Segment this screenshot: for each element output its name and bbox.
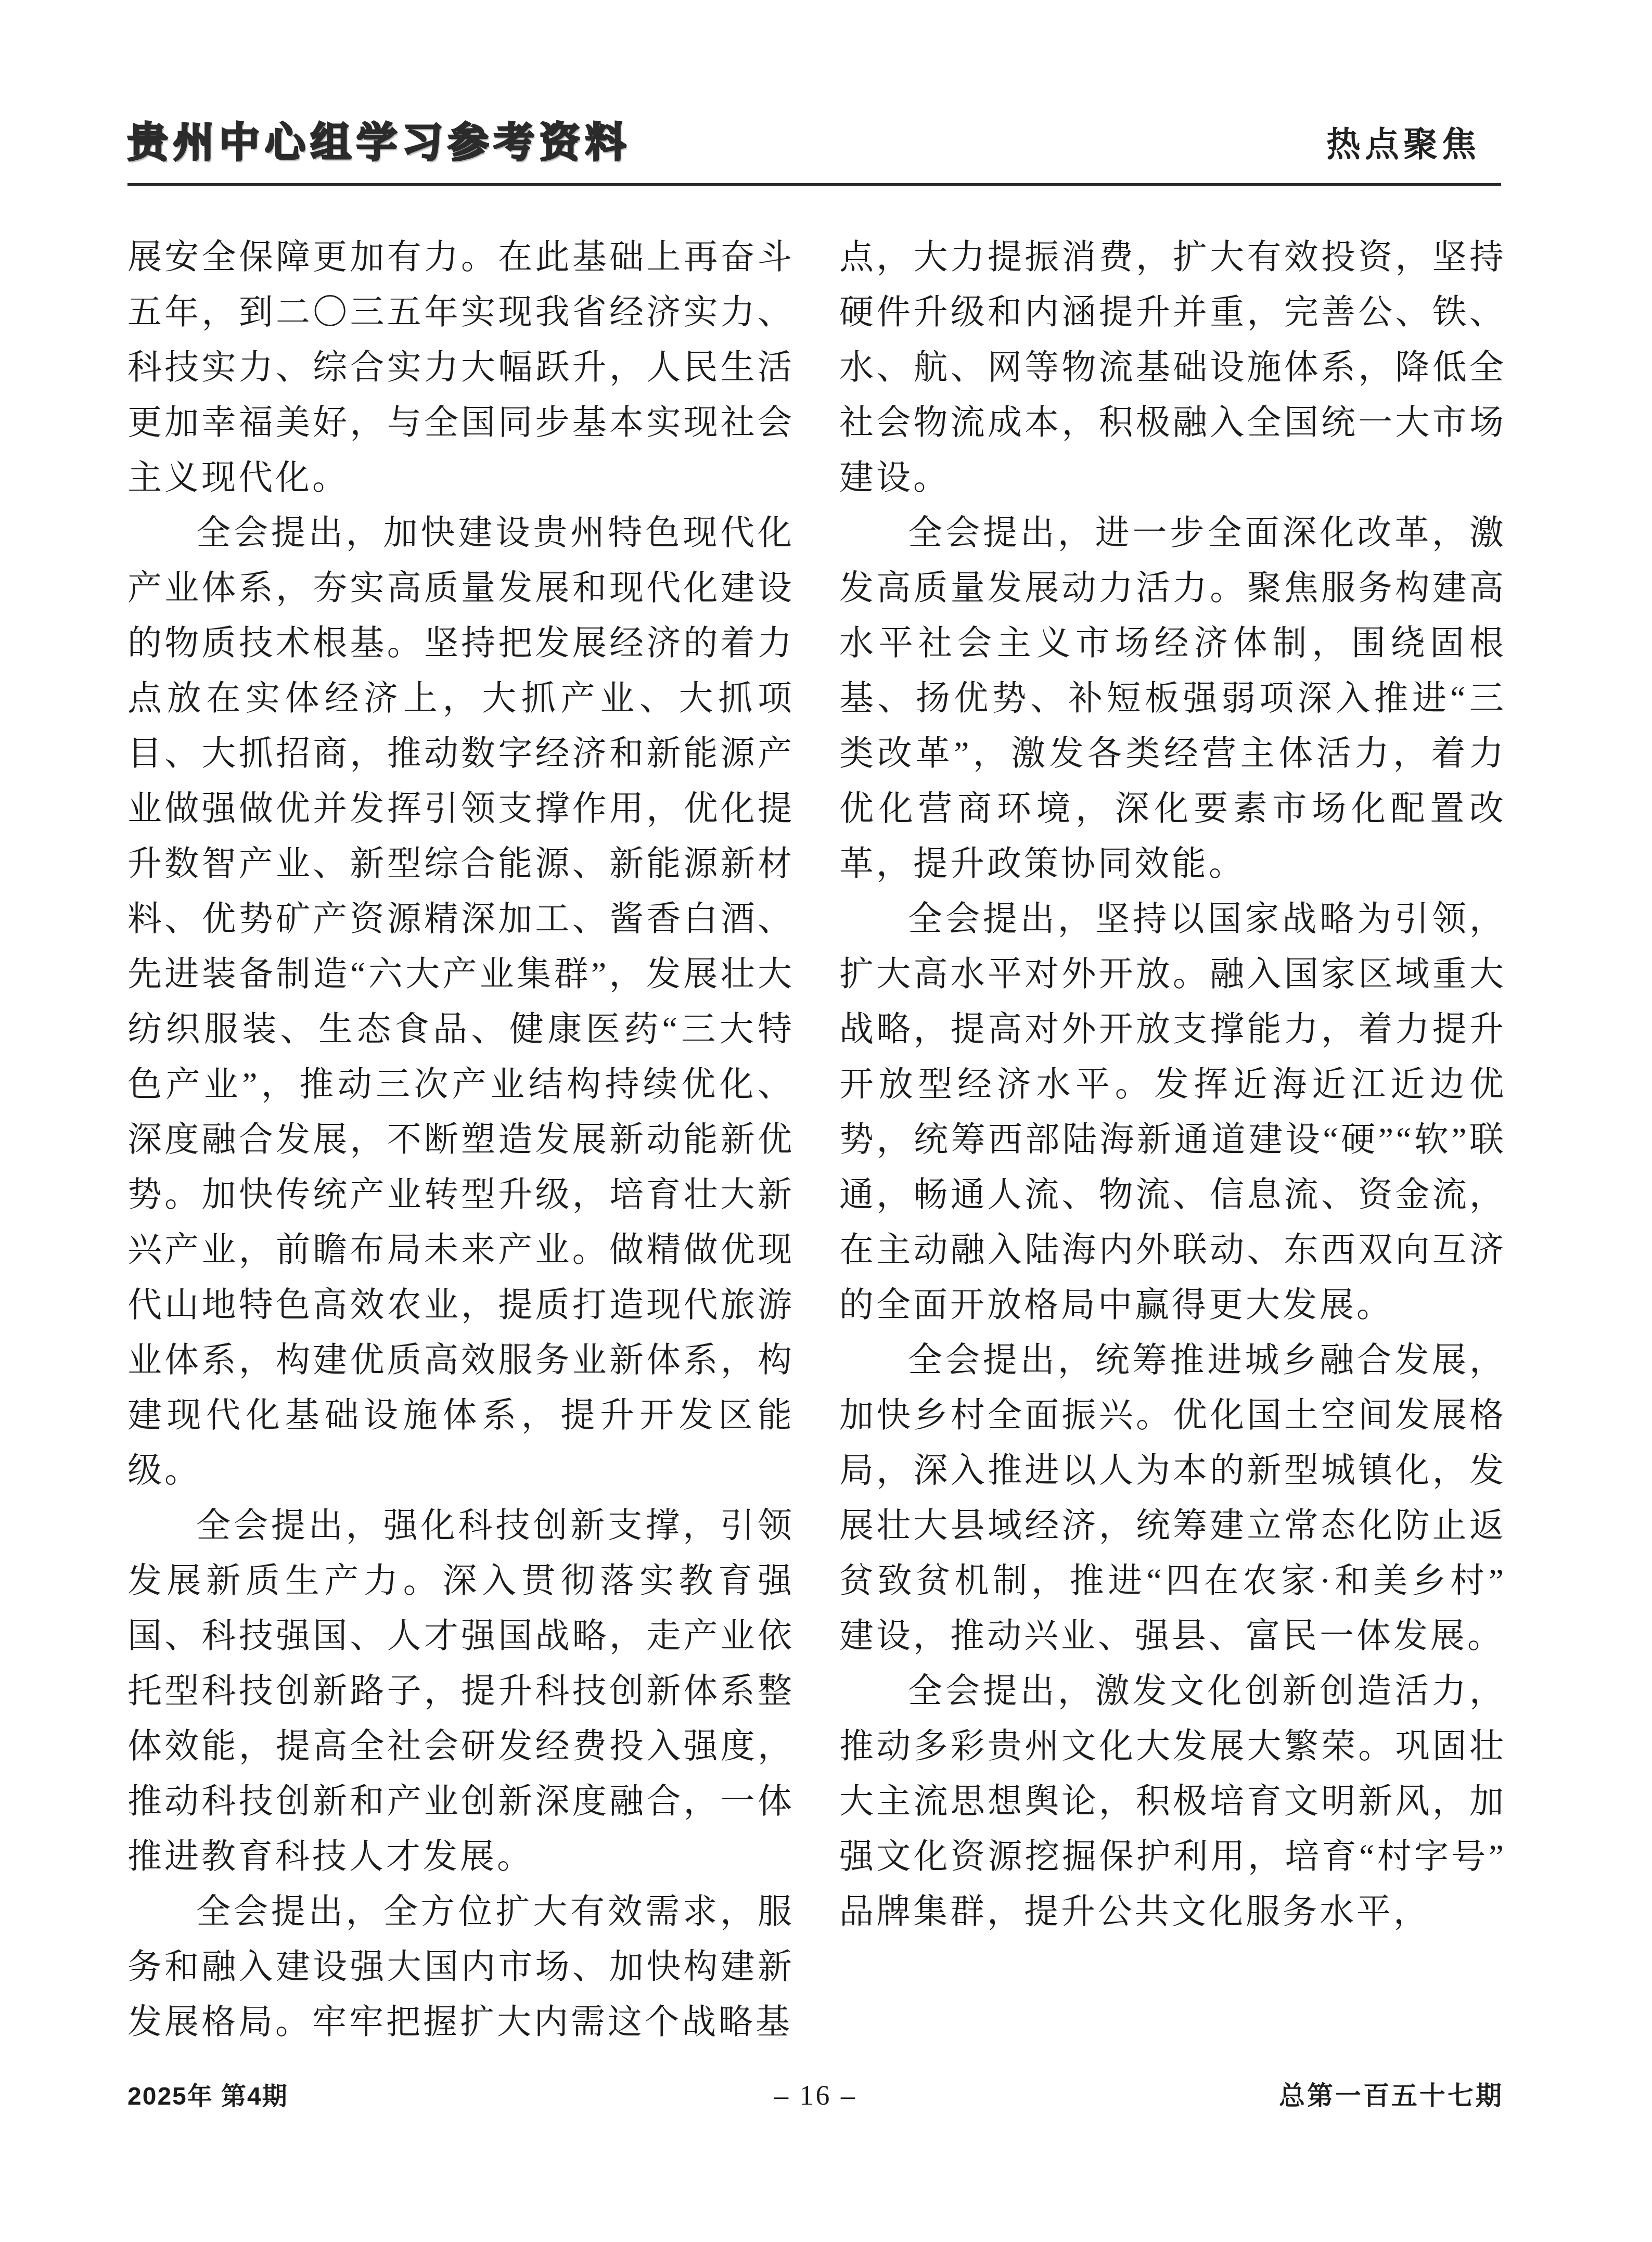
footer-issue: 2025年 第4期 [127, 2076, 774, 2112]
paragraph: 全会提出，加快建设贵州特色现代化产业体系，夯实高质量发展和现代化建设的物质技术根… [127, 506, 795, 1498]
paragraph: 全会提出，全方位扩大有效需求，服务和融入建设强大国内市场、加快构建新发展格局。牢… [127, 1885, 795, 2050]
publication-masthead: 贵州中心组学习参考资料 [127, 123, 631, 163]
page-number: – 16 – [774, 2079, 857, 2111]
left-column: 展安全保障更加有力。在此基础上再奋斗五年，到二〇三五年实现我省经济实力、科技实力… [127, 230, 795, 2067]
right-column: 点，大力提振消费，扩大有效投资，坚持硬件升级和内涵提升并重，完善公、铁、水、航、… [839, 230, 1506, 2067]
paragraph: 全会提出，统筹推进城乡融合发展，加快乡村全面振兴。优化国土空间发展格局，深入推进… [839, 1333, 1506, 1664]
header-rule [127, 183, 1501, 186]
document-page: 贵州中心组学习参考资料 热点聚焦 展安全保障更加有力。在此基础上再奋斗五年，到二… [0, 0, 1652, 2242]
page-footer: 2025年 第4期 – 16 – 总第一百五十七期 [127, 2075, 1504, 2112]
paragraph-continuation: 点，大力提振消费，扩大有效投资，坚持硬件升级和内涵提升并重，完善公、铁、水、航、… [839, 230, 1506, 506]
paragraph-continuation: 展安全保障更加有力。在此基础上再奋斗五年，到二〇三五年实现我省经济实力、科技实力… [127, 230, 795, 506]
paragraph: 全会提出，进一步全面深化改革，激发高质量发展动力活力。聚焦服务构建高水平社会主义… [839, 506, 1506, 892]
paragraph: 全会提出，激发文化创新创造活力，推动多彩贵州文化大发展大繁荣。巩固壮大主流思想舆… [839, 1664, 1506, 1940]
body-columns: 展安全保障更加有力。在此基础上再奋斗五年，到二〇三五年实现我省经济实力、科技实力… [127, 230, 1506, 2067]
section-label: 热点聚焦 [1326, 128, 1480, 162]
footer-cumulative-issue: 总第一百五十七期 [857, 2075, 1504, 2112]
paragraph: 全会提出，坚持以国家战略为引领，扩大高水平对外开放。融入国家区域重大战略，提高对… [839, 892, 1506, 1333]
paragraph: 全会提出，强化科技创新支撑，引领发展新质生产力。深入贯彻落实教育强国、科技强国、… [127, 1498, 795, 1885]
